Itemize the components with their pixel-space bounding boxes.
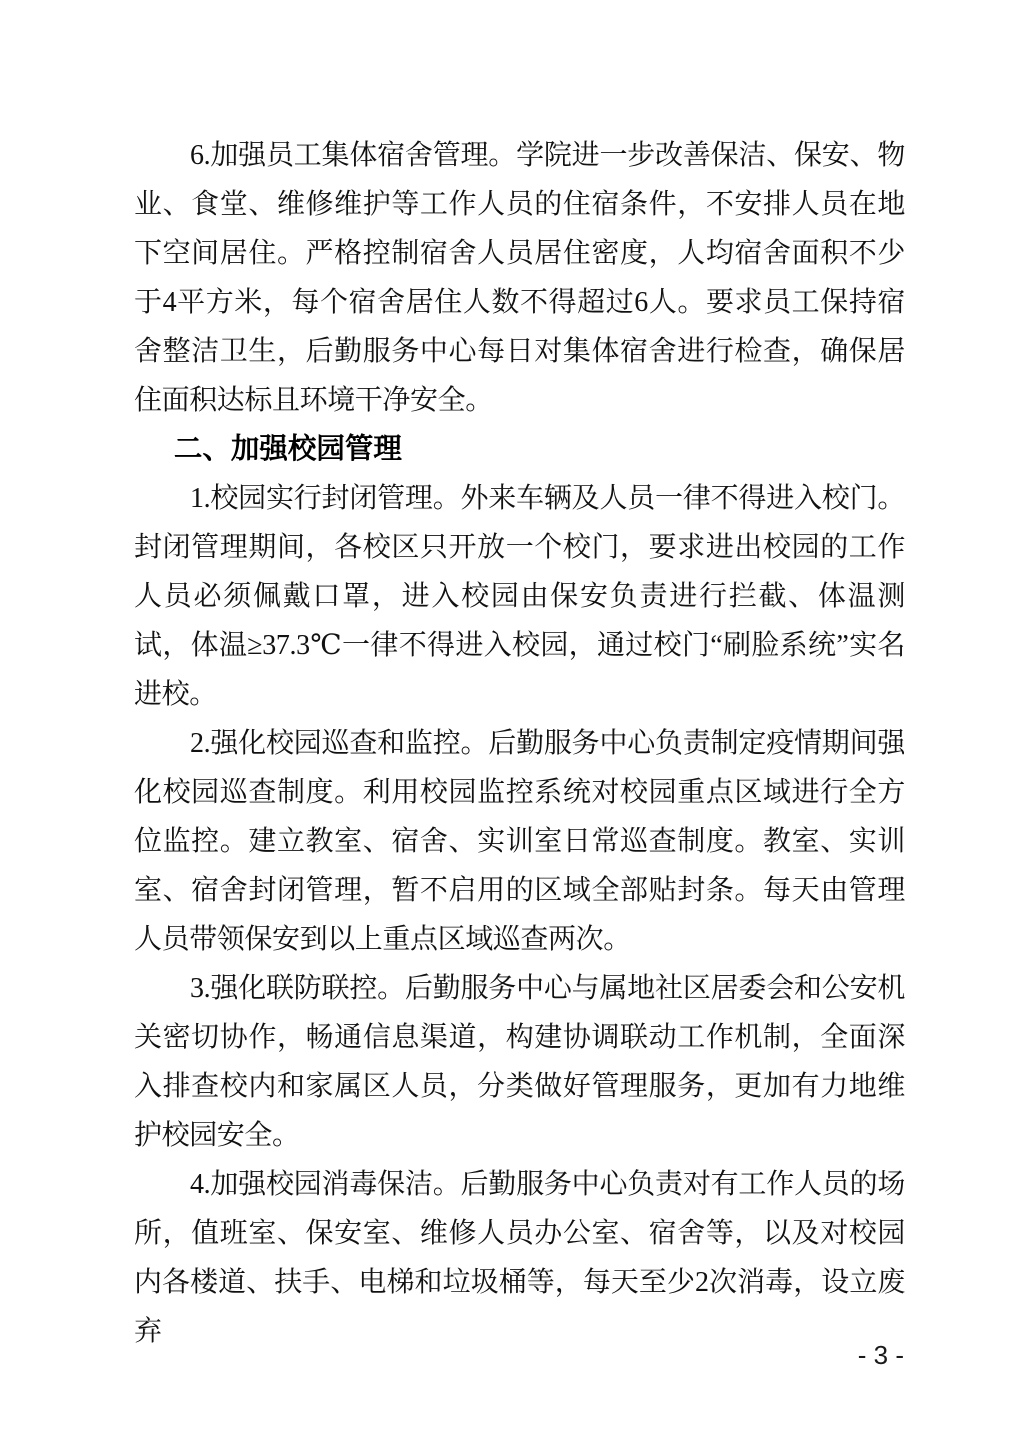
- paragraph-closed-campus-management: 1.校园实行封闭管理。外来车辆及人员一律不得进入校门。封闭管理期间，各校区只开放…: [134, 474, 905, 719]
- section-heading-campus-management: 二、加强校园管理: [134, 425, 905, 474]
- page-number: - 3 -: [858, 1340, 904, 1370]
- paragraph-disinfection-cleaning: 4.加强校园消毒保洁。后勤服务中心负责对有工作人员的场所，值班室、保安室、维修人…: [134, 1160, 905, 1356]
- document-page: 6.加强员工集体宿舍管理。学院进一步改善保洁、保安、物业、食堂、维修维护等工作人…: [0, 0, 1024, 1448]
- paragraph-joint-prevention-control: 3.强化联防联控。后勤服务中心与属地社区居委会和公安机关密切协作，畅通信息渠道，…: [134, 964, 905, 1160]
- document-body: 6.加强员工集体宿舍管理。学院进一步改善保洁、保安、物业、食堂、维修维护等工作人…: [134, 131, 905, 1356]
- paragraph-dormitory-management: 6.加强员工集体宿舍管理。学院进一步改善保洁、保安、物业、食堂、维修维护等工作人…: [134, 131, 905, 425]
- paragraph-patrol-and-monitoring: 2.强化校园巡查和监控。后勤服务中心负责制定疫情期间强化校园巡查制度。利用校园监…: [134, 719, 905, 964]
